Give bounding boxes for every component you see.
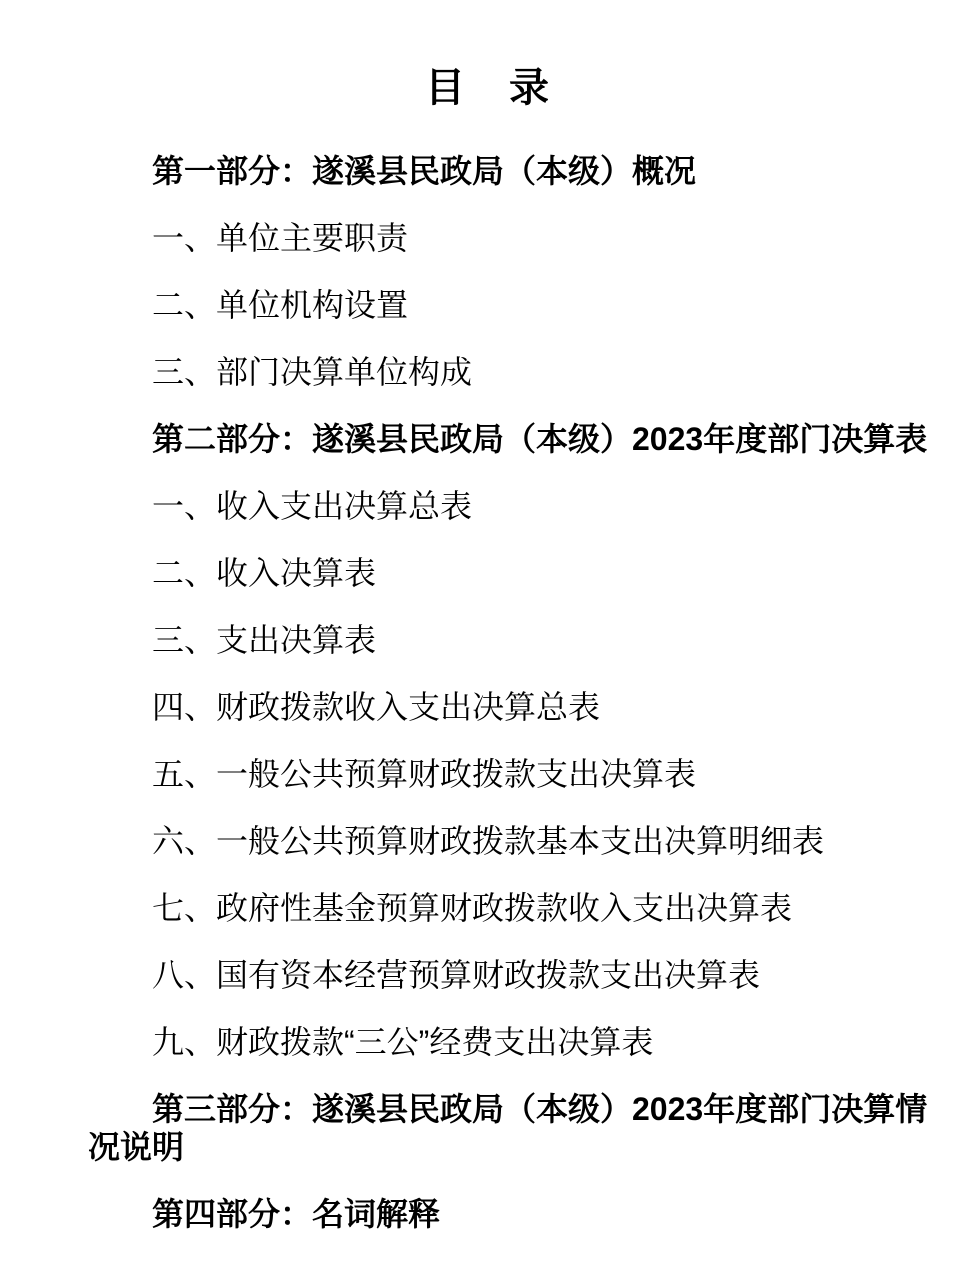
toc-item: 三、支出决算表 [88,621,938,659]
toc-item: 九、财政拨款“三公”经费支出决算表 [88,1023,938,1061]
toc-section-heading: 第二部分：遂溪县民政局（本级）2023年度部门决算表 [88,420,938,458]
toc-item: 七、政府性基金预算财政拨款收入支出决算表 [88,889,938,927]
document-title: 目 录 [88,64,888,112]
toc-item: 八、国有资本经营预算财政拨款支出决算表 [88,956,938,994]
toc-content: 目 录 第一部分：遂溪县民政局（本级）概况一、单位主要职责二、单位机构设置三、部… [88,64,938,1233]
toc-list: 第一部分：遂溪县民政局（本级）概况一、单位主要职责二、单位机构设置三、部门决算单… [88,152,938,1233]
document-page: 目 录 第一部分：遂溪县民政局（本级）概况一、单位主要职责二、单位机构设置三、部… [0,0,975,1275]
toc-item: 二、单位机构设置 [88,286,938,324]
toc-item: 六、一般公共预算财政拨款基本支出决算明细表 [88,822,938,860]
toc-item: 一、收入支出决算总表 [88,487,938,525]
toc-section-heading: 第一部分：遂溪县民政局（本级）概况 [88,152,938,190]
toc-section-heading: 第三部分：遂溪县民政局（本级）2023年度部门决算情况说明 [88,1090,938,1166]
toc-item: 四、财政拨款收入支出决算总表 [88,688,938,726]
toc-item: 一、单位主要职责 [88,219,938,257]
toc-section-heading: 第四部分：名词解释 [88,1195,938,1233]
toc-item: 三、部门决算单位构成 [88,353,938,391]
toc-item: 五、一般公共预算财政拨款支出决算表 [88,755,938,793]
toc-item: 二、收入决算表 [88,554,938,592]
